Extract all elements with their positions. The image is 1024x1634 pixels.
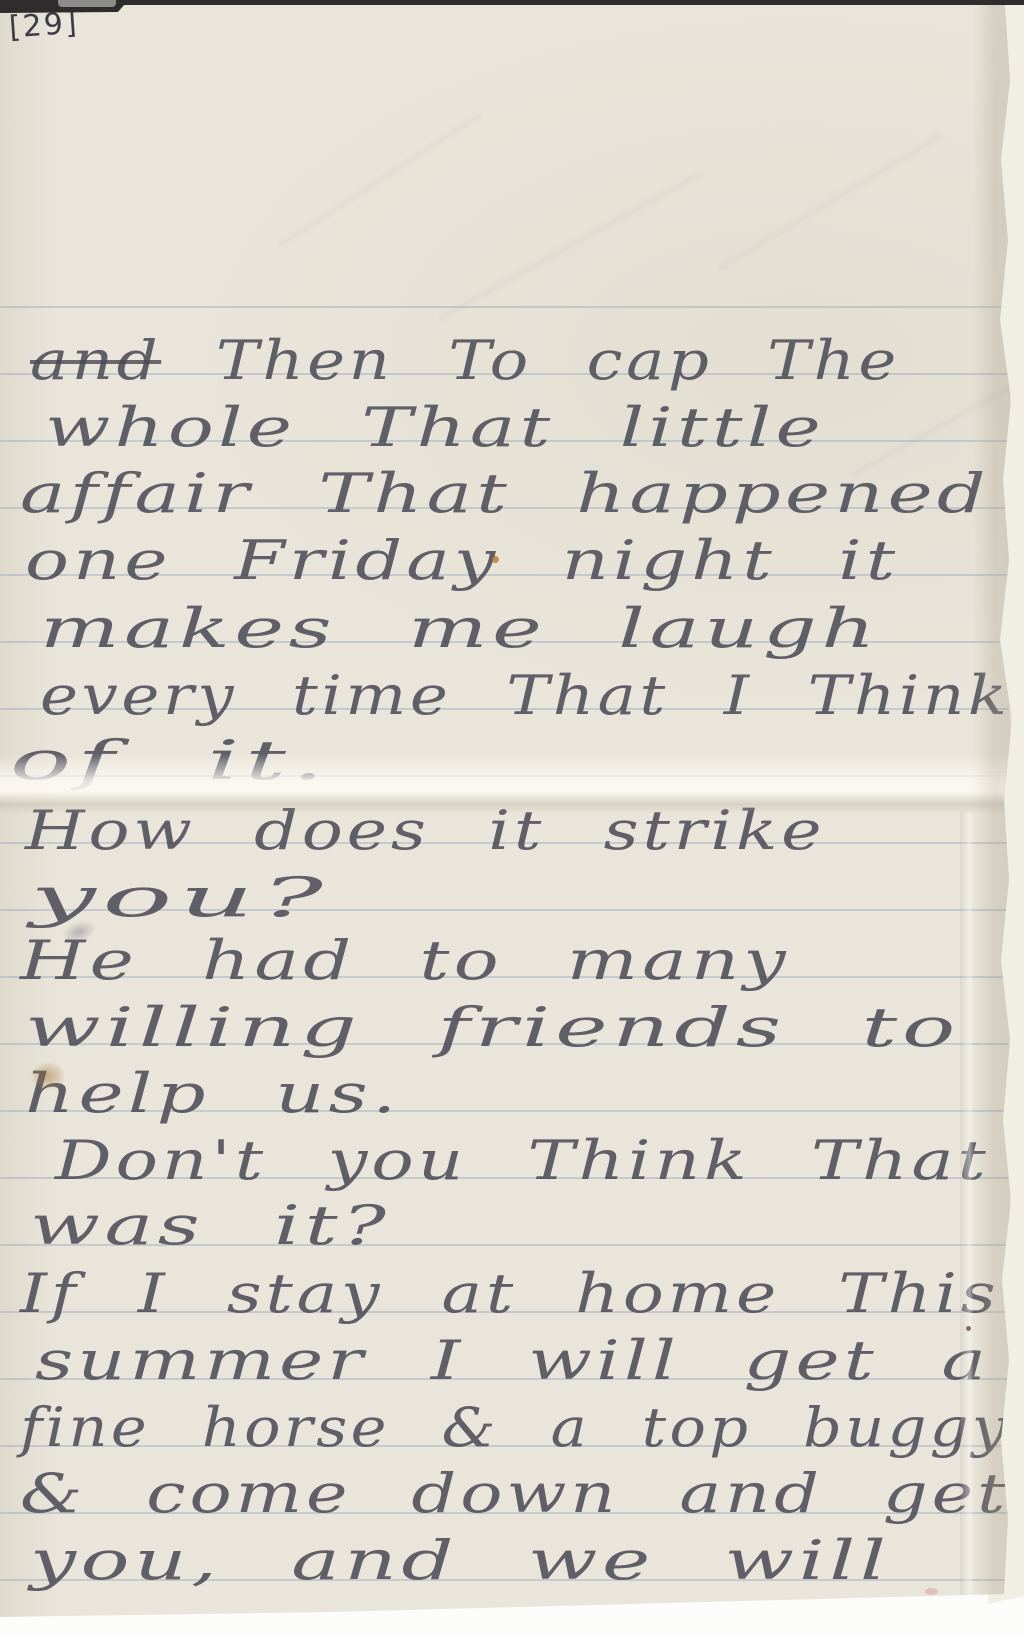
handwritten-line: was it? [30, 1196, 390, 1256]
line-text: Then To cap The [216, 329, 900, 392]
handwritten-line: whole That little [45, 398, 825, 458]
line-text: makes me laugh [40, 597, 880, 660]
letter-paper: and Then To cap Thewhole That littleaffa… [0, 0, 1024, 1634]
handwritten-line: & come down and get [20, 1464, 1009, 1524]
brown-stain [26, 1058, 70, 1094]
line-text: He had to many [20, 929, 790, 992]
line-text: If I stay at home This [20, 1262, 999, 1325]
line-text: affair That happened [20, 462, 990, 525]
line-text: you, and we will [30, 1529, 890, 1592]
rust-spot [492, 556, 499, 563]
line-text: Don't you Think That [55, 1129, 990, 1192]
scanner-edge-tab [58, 0, 116, 7]
line-text: willing friends to [25, 996, 960, 1059]
handwritten-line: makes me laugh [40, 599, 880, 659]
line-text: help us. [25, 1062, 401, 1125]
handwritten-line: He had to many [20, 931, 790, 991]
speck [966, 1326, 971, 1331]
handwritten-line: Don't you Think That [55, 1131, 990, 1191]
handwritten-line: help us. [25, 1064, 401, 1124]
line-text: whole That little [45, 396, 825, 459]
line-text: summer I will get a [35, 1329, 990, 1392]
line-text: every time That I Think [40, 664, 1010, 727]
handwritten-line: affair That happened [20, 464, 990, 524]
handwritten-line: you, and we will [30, 1531, 890, 1591]
line-text: one Friday night it [25, 529, 899, 592]
handwritten-line: every time That I Think [40, 666, 1010, 726]
line-text: was it? [30, 1194, 390, 1257]
fold-crease [0, 754, 1010, 814]
handwritten-line: summer I will get a [35, 1331, 990, 1391]
line-text: & come down and get [20, 1462, 1009, 1525]
handwritten-line: willing friends to [25, 998, 960, 1058]
handwritten-line: If I stay at home This [20, 1264, 999, 1324]
speck [925, 1588, 938, 1595]
struck-out-word: and [30, 329, 161, 392]
bleed-through-mark [278, 113, 481, 247]
line-text: fine horse & a top buggy [20, 1396, 1009, 1459]
scanned-letter-page: and Then To cap Thewhole That littleaffa… [0, 0, 1024, 1634]
handwritten-line: one Friday night it [25, 531, 899, 591]
handwritten-line: fine horse & a top buggy [20, 1398, 1009, 1458]
handwritten-line: and Then To cap The [30, 331, 900, 391]
